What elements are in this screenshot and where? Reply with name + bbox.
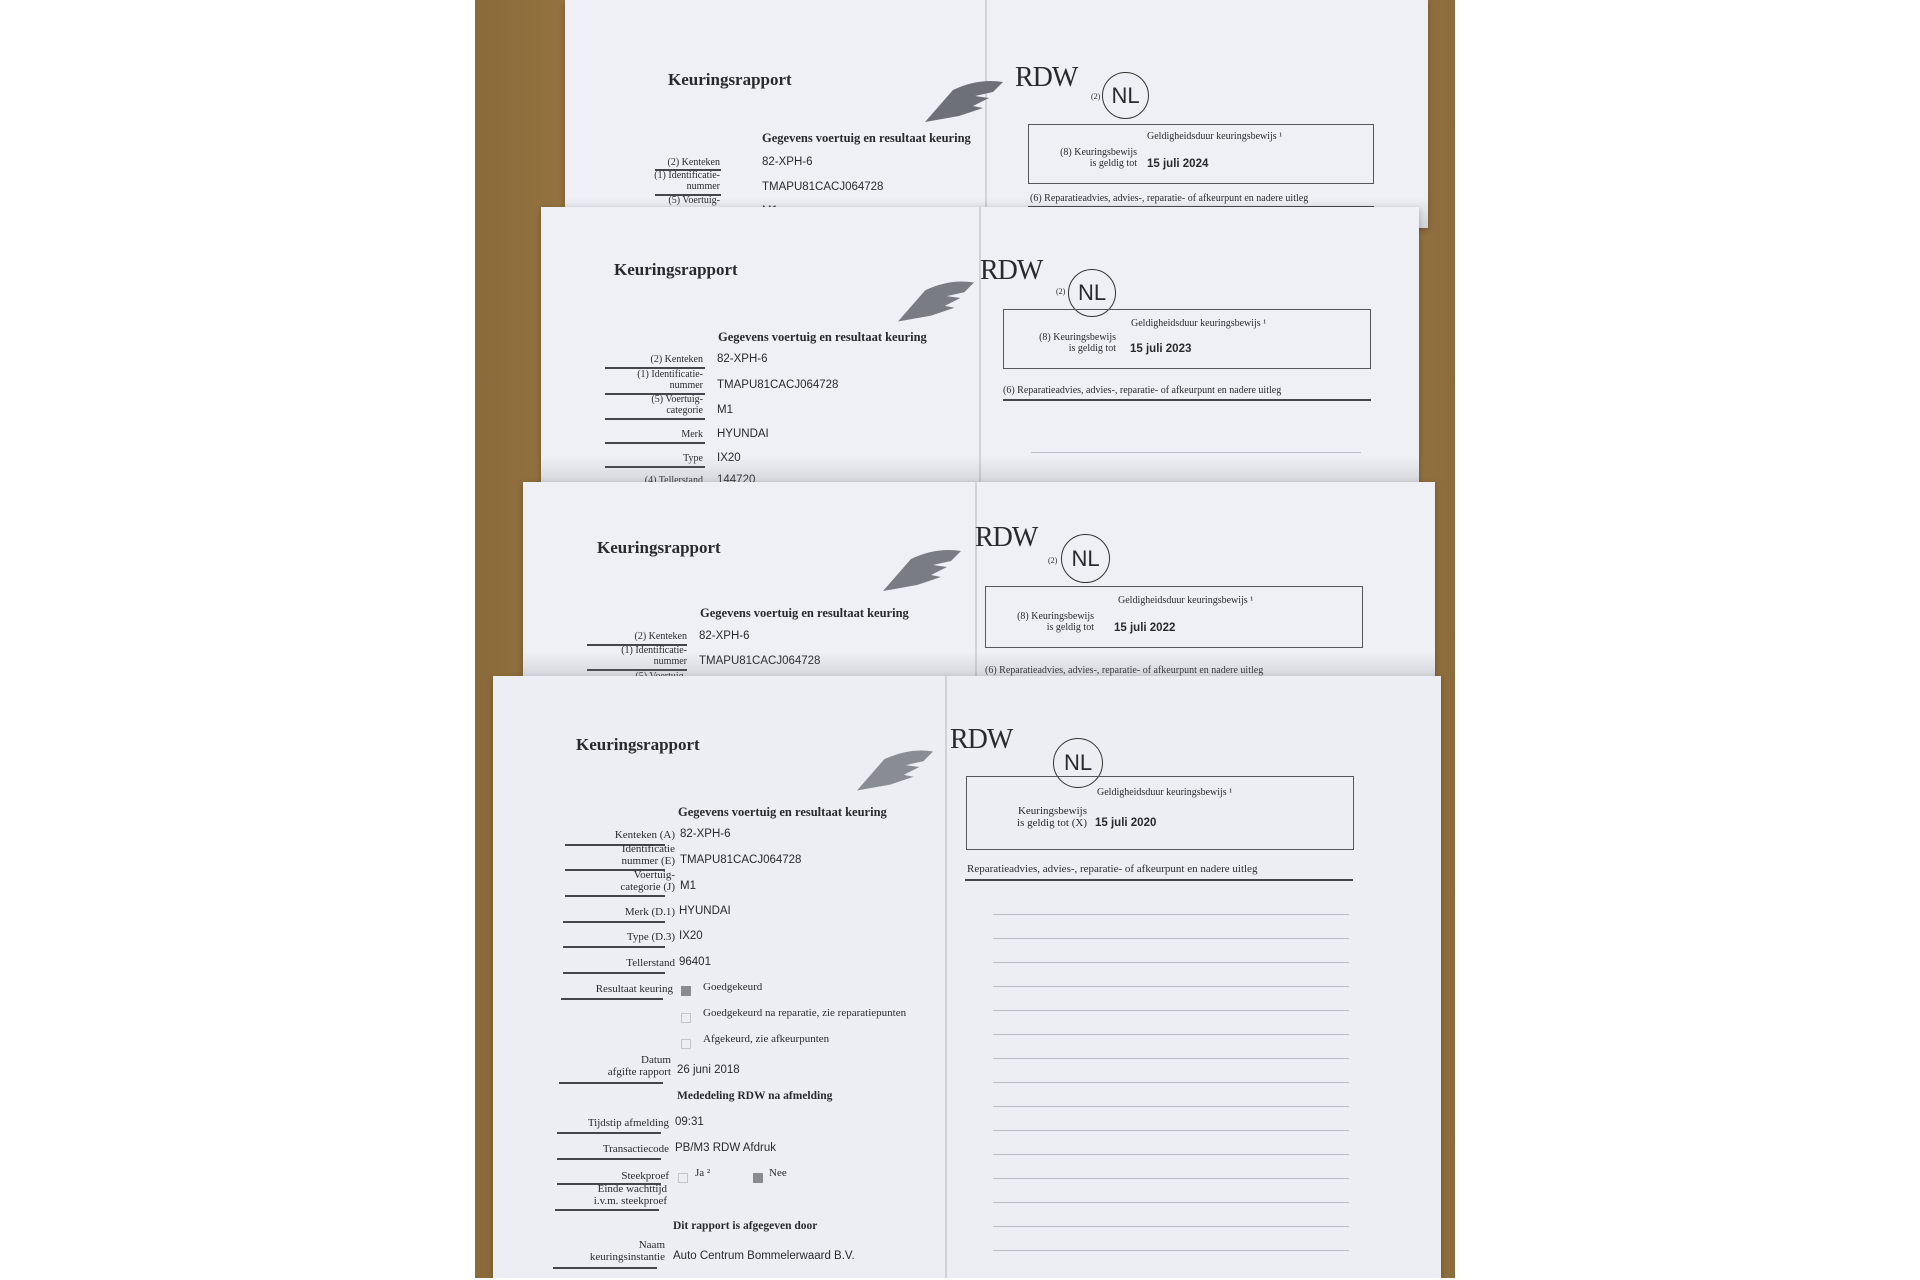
field-rule	[553, 1267, 657, 1269]
field-label-tellerstand: Tellerstand	[626, 957, 675, 969]
field-label-kenteken: (2) Kenteken	[635, 631, 687, 642]
field-label-keuringsinstantie: Naamkeuringsinstantie	[590, 1239, 665, 1263]
writing-line	[993, 914, 1349, 915]
validity-box: Geldigheidsduur keuringsbewijs ¹ (8) Keu…	[985, 586, 1363, 648]
field-value-categorie: M1	[717, 404, 733, 416]
field-label-merk: Merk (D.1)	[625, 906, 675, 918]
validity-box: Geldigheidsduur keuringsbewijs ¹ (8) Keu…	[1003, 309, 1371, 369]
validity-header: Geldigheidsduur keuringsbewijs ¹	[1118, 595, 1253, 606]
field-value-tijdstip: 09:31	[675, 1116, 704, 1128]
field-value-datum: 26 juni 2018	[677, 1064, 740, 1076]
field-value-categorie: M1	[680, 880, 696, 892]
sample-ja-checkbox	[678, 1173, 688, 1183]
validity-label: (8) Keuringsbewijsis geldig tot	[1039, 332, 1116, 354]
field-value-vin: TMAPU81CACJ064728	[762, 181, 883, 193]
validity-box: Geldigheidsduur keuringsbewijs ¹ Keuring…	[966, 776, 1354, 850]
rdw-feather-logo-icon	[923, 76, 1005, 124]
valid-until-date: 15 juli 2024	[1147, 158, 1208, 170]
result-option-label: Afgekeurd, zie afkeurpunten	[703, 1033, 829, 1045]
field-value-kenteken: 82-XPH-6	[717, 353, 768, 365]
rdw-feather-logo-icon	[855, 744, 935, 794]
field-value-kenteken: 82-XPH-6	[699, 630, 750, 642]
writing-line	[993, 938, 1349, 939]
validity-label: (8) Keuringsbewijsis geldig tot	[1017, 611, 1094, 633]
rdw-feather-logo-icon	[896, 275, 976, 325]
validity-header: Geldigheidsduur keuringsbewijs ¹	[1147, 131, 1282, 142]
writing-line	[993, 1250, 1349, 1251]
field-label-kenteken: (2) Kenteken	[651, 354, 703, 365]
valid-until-date: 15 juli 2023	[1130, 343, 1191, 355]
field-rule	[563, 972, 665, 974]
field-value-transactiecode: PB/M3 RDW Afdruk	[675, 1142, 776, 1154]
repair-advice-header: (6) Reparatieadvies, advies-, reparatie-…	[1003, 385, 1281, 396]
writing-line	[993, 1034, 1349, 1035]
field-label-merk: Merk	[681, 429, 703, 440]
field-label-datum: Datumafgifte rapport	[608, 1054, 671, 1078]
field-label-kenteken: (2) Kenteken	[668, 157, 720, 168]
validity-label: Keuringsbewijsis geldig tot (X)	[1017, 805, 1087, 829]
rdw-feather-logo-icon	[881, 544, 963, 594]
validity-header: Geldigheidsduur keuringsbewijs ¹	[1097, 787, 1232, 798]
writing-line	[993, 1082, 1349, 1083]
sample-nee-checkbox	[753, 1173, 763, 1183]
field-rule	[557, 1158, 661, 1160]
result-afgekeurd-checkbox	[681, 1039, 691, 1049]
inspection-report-2022: Keuringsrapport RDW (2) NL Gegevens voer…	[523, 482, 1435, 682]
field-rule	[1003, 399, 1371, 401]
country-prefix: (2)	[1091, 92, 1100, 101]
field-rule	[555, 1209, 659, 1211]
rdw-brand: RDW	[1015, 62, 1077, 94]
field-rule	[565, 895, 665, 897]
valid-until-date: 15 juli 2022	[1114, 622, 1175, 634]
inspection-report-2020: Keuringsrapport RDW NL Gegevens voertuig…	[493, 676, 1441, 1278]
field-label-kenteken: Kenteken (A)	[615, 829, 675, 841]
writing-line	[993, 1130, 1349, 1131]
field-value-vin: TMAPU81CACJ064728	[717, 379, 838, 391]
result-reparatie-checkbox	[681, 1013, 691, 1023]
field-label-voertuigcategorie: (5) Voertuig-categorie	[651, 394, 703, 416]
rdw-brand: RDW	[950, 724, 1012, 756]
field-label-steekproef: Steekproef	[621, 1170, 669, 1182]
field-label-identificatie: (1) Identificatie-nummer	[654, 170, 720, 192]
nl-country-emblem: NL	[1061, 534, 1110, 583]
photo-background-wood-table: Keuringsrapport RDW (2) NL Gegevens voer…	[475, 0, 1455, 1278]
result-option-label: Goedgekeurd	[703, 981, 762, 993]
field-label-resultaat: Resultaat keuring	[596, 983, 673, 995]
report-title: Keuringsrapport	[668, 70, 792, 90]
field-rule	[563, 946, 665, 948]
field-label-tijdstip: Tijdstip afmelding	[588, 1117, 669, 1129]
rdw-brand: RDW	[980, 255, 1042, 287]
writing-line	[993, 1010, 1349, 1011]
field-rule	[965, 879, 1353, 881]
section-vehicle-heading: Gegevens voertuig en resultaat keuring	[762, 131, 971, 146]
field-rule	[605, 418, 705, 420]
section-vehicle-heading: Gegevens voertuig en resultaat keuring	[700, 606, 909, 621]
field-label-transactiecode: Transactiecode	[603, 1143, 669, 1155]
field-rule	[557, 1132, 661, 1134]
writing-line	[1031, 452, 1361, 453]
field-label-einde-wachttijd: Einde wachttijdi.v.m. steekproef	[594, 1183, 667, 1207]
field-value-tellerstand: 96401	[679, 956, 711, 968]
field-value-vin: TMAPU81CACJ064728	[680, 854, 801, 866]
issued-by-heading: Dit rapport is afgegeven door	[673, 1220, 817, 1232]
report-title: Keuringsrapport	[576, 735, 700, 755]
field-value-merk: HYUNDAI	[717, 428, 769, 440]
writing-line	[993, 1058, 1349, 1059]
validity-box: Geldigheidsduur keuringsbewijs ¹ (8) Keu…	[1028, 124, 1374, 184]
result-goedgekeurd-checkbox	[681, 986, 691, 996]
rdw-brand: RDW	[975, 522, 1037, 554]
field-value-merk: HYUNDAI	[679, 905, 731, 917]
inspection-report-2024: Keuringsrapport RDW (2) NL Gegevens voer…	[565, 0, 1428, 228]
writing-line	[993, 962, 1349, 963]
field-rule	[563, 921, 665, 923]
validity-label: (8) Keuringsbewijsis geldig tot	[1060, 147, 1137, 169]
field-label-type: Type (D.3)	[627, 931, 675, 943]
nl-country-emblem: NL	[1102, 72, 1149, 119]
field-label-identificatie: (1) Identificatie-nummer	[637, 369, 703, 391]
field-rule	[605, 442, 705, 444]
field-label-voertuigcategorie: Voertuig-categorie (J)	[620, 869, 675, 893]
writing-line	[993, 986, 1349, 987]
field-label-identificatie: Identificatienummer (E)	[622, 843, 675, 867]
notice-heading: Mededeling RDW na afmelding	[677, 1090, 832, 1102]
writing-line	[993, 1226, 1349, 1227]
paper-fold	[979, 207, 981, 487]
repair-advice-header: Reparatieadvies, advies-, reparatie- of …	[967, 863, 1257, 875]
writing-line	[993, 1178, 1349, 1179]
paper-fold	[945, 676, 947, 1278]
field-rule	[559, 1082, 663, 1084]
country-prefix: (2)	[1056, 287, 1065, 296]
writing-line	[993, 1106, 1349, 1107]
writing-line	[993, 1154, 1349, 1155]
section-vehicle-heading: Gegevens voertuig en resultaat keuring	[718, 330, 927, 345]
validity-header: Geldigheidsduur keuringsbewijs ¹	[1131, 318, 1266, 329]
field-value-kenteken: 82-XPH-6	[680, 828, 731, 840]
inspection-report-2023: Keuringsrapport RDW (2) NL Gegevens voer…	[541, 207, 1419, 487]
sample-option-label: Ja ²	[695, 1167, 710, 1179]
valid-until-date: 15 juli 2020	[1095, 817, 1156, 829]
report-title: Keuringsrapport	[597, 538, 721, 558]
result-option-label: Goedgekeurd na reparatie, zie reparatiep…	[703, 1007, 906, 1019]
country-prefix: (2)	[1048, 556, 1057, 565]
field-value-type: IX20	[679, 930, 703, 942]
writing-line	[993, 1202, 1349, 1203]
field-rule	[561, 998, 663, 1000]
report-title: Keuringsrapport	[614, 260, 738, 280]
field-value-keuringsinstantie: Auto Centrum Bommelerwaard B.V.	[673, 1250, 855, 1262]
section-vehicle-heading: Gegevens voertuig en resultaat keuring	[678, 805, 887, 820]
field-value-kenteken: 82-XPH-6	[762, 156, 813, 168]
sample-option-label: Nee	[769, 1167, 787, 1179]
